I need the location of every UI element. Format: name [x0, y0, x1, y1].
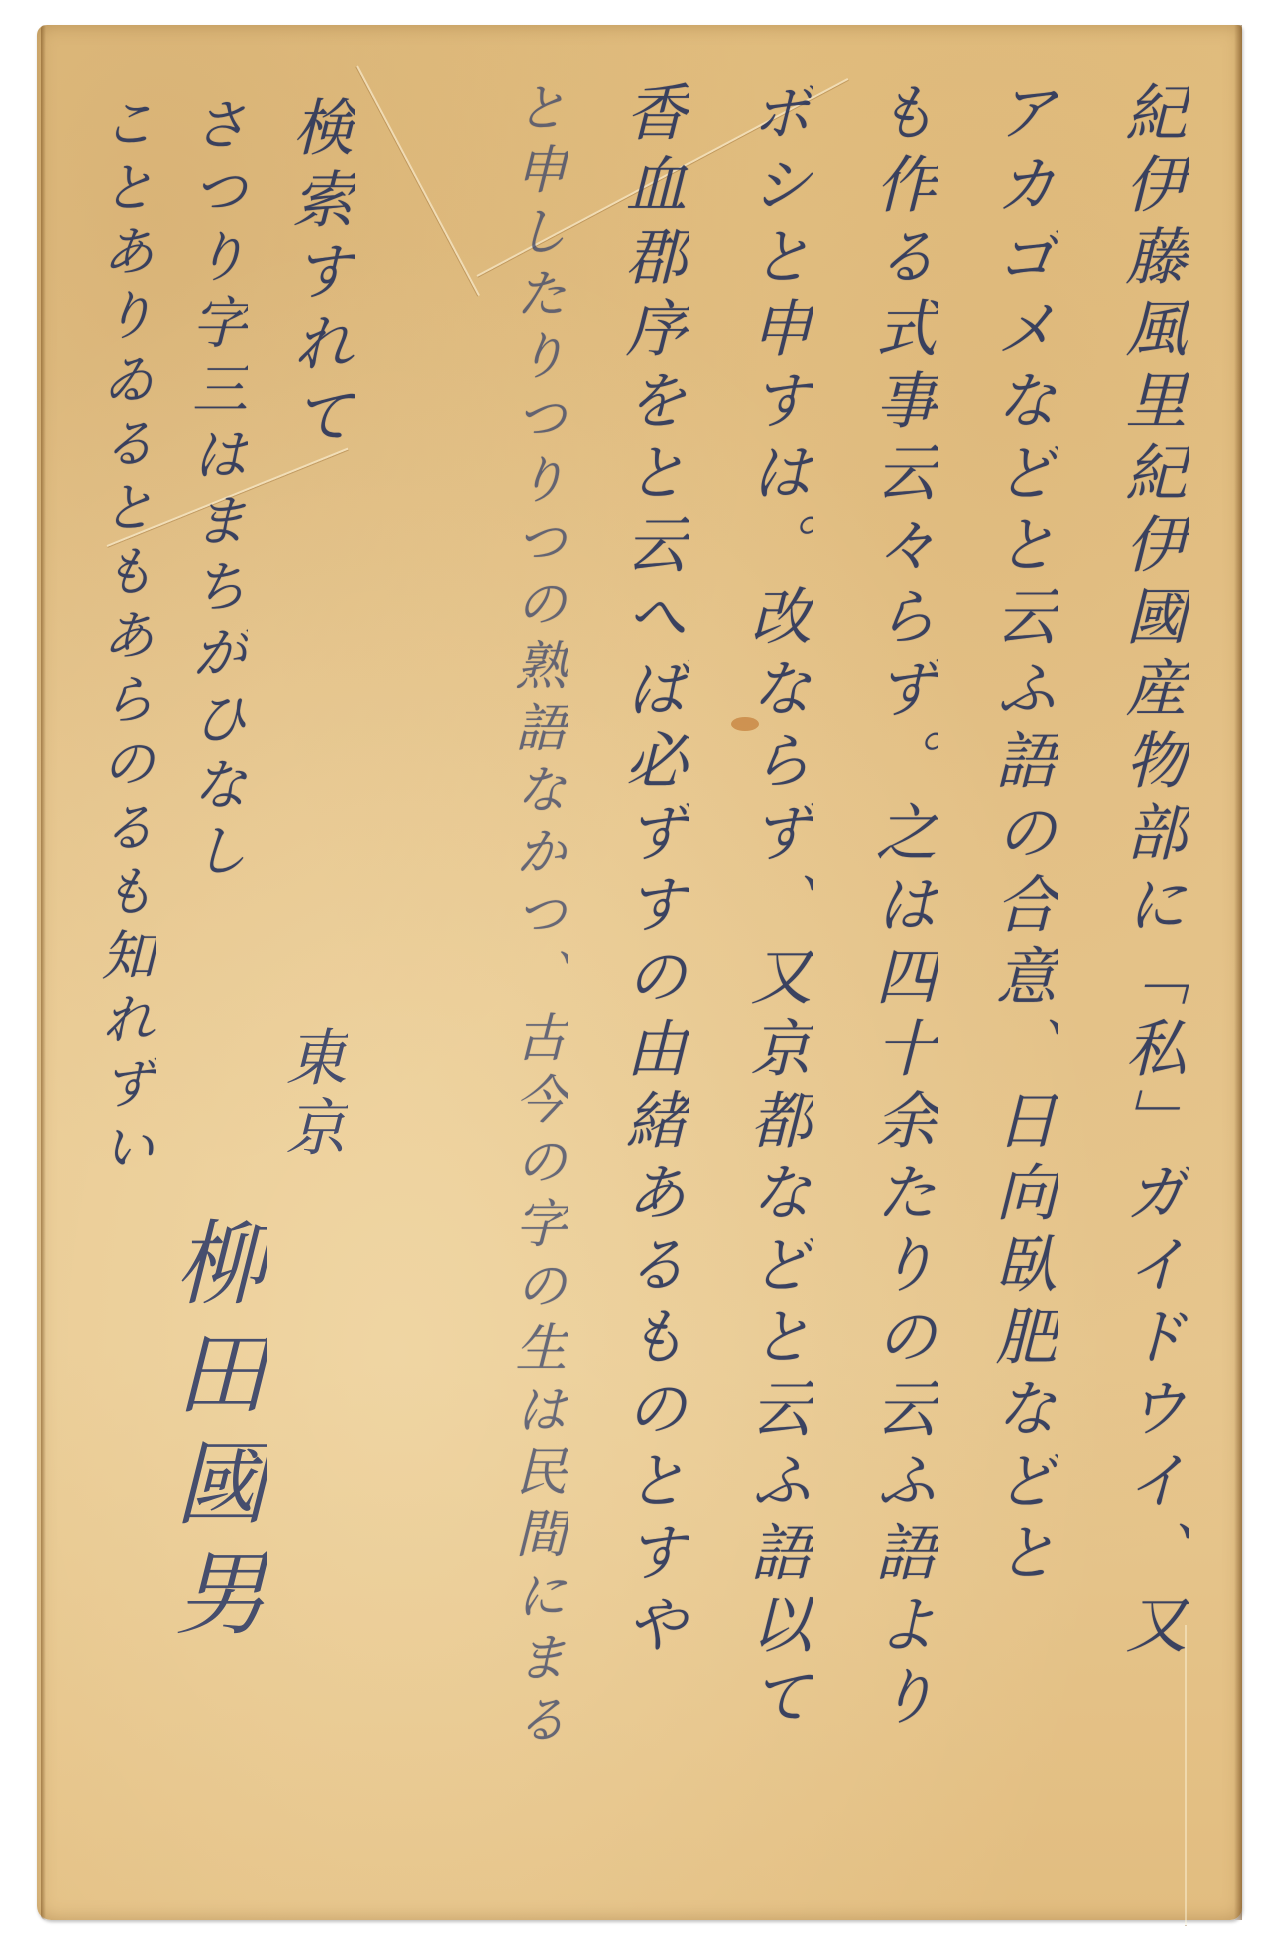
message-column-8: さつり字三はまちがひなし	[187, 95, 243, 887]
message-column-3: も作る式事云々らず。之は四十余たりの云ふ語より	[870, 80, 932, 1736]
postcard: 紀伊藤風里紀伊國産物部に「私」ガイドウイ、又 アカゴメなどと云ふ語の合意、日向臥…	[37, 25, 1242, 1920]
message-column-4: ボシと申すは。改ならず、又京都などと云ふ語以て	[745, 80, 807, 1736]
signature-place: 東京	[267, 1025, 356, 1165]
message-column-5: 香血郡序をと云へば必ずすの由緒あるものとすや	[620, 80, 682, 1664]
message-column-1: 紀伊藤風里紀伊國産物部に「私」ガイドウイ、又	[1120, 80, 1182, 1664]
message-column-9: ことありゐるともあらのるも知れずい	[97, 95, 151, 1183]
signature-name: 柳田國男	[147, 1215, 279, 1655]
message-column-2: アカゴメなどと云ふ語の合意、日向臥肥などと	[990, 80, 1052, 1592]
message-column-7: 検索すれて	[287, 95, 349, 455]
message-column-6: と申したりつりつの熟語なかつ、古今の字の生は民間にまる	[510, 80, 562, 1754]
